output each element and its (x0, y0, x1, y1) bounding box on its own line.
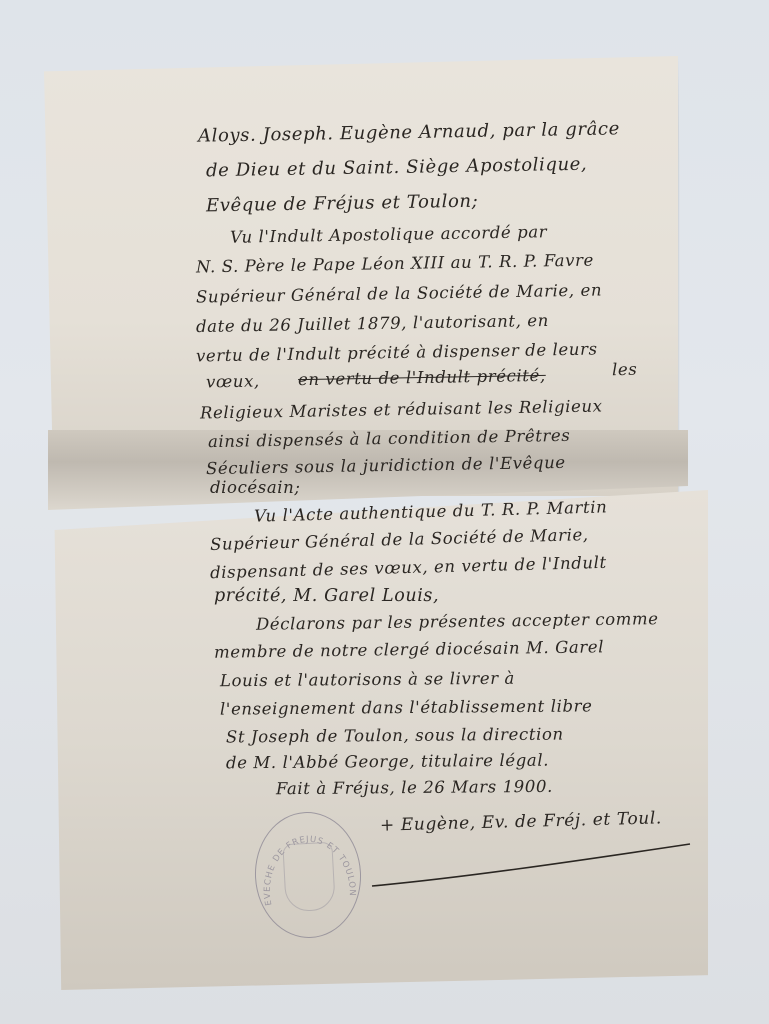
text-line: l'enseignement dans l'établissement libr… (220, 696, 593, 718)
text-line: de M. l'Abbé George, titulaire légal. (226, 751, 549, 773)
text-line: Louis et l'autorisons à se livrer à (220, 669, 515, 691)
text-line: précité, M. Garel Louis, (214, 586, 439, 606)
text-line: Fait à Fréjus, le 26 Mars 1900. (276, 777, 553, 798)
text-line: St Joseph de Toulon, sous la direction (226, 725, 564, 747)
signature-flourish (370, 840, 700, 890)
text-line: diocésain; (210, 478, 301, 497)
text-line: les (612, 360, 638, 379)
text-line: vœux, (206, 372, 260, 392)
coat-of-arms-icon (282, 842, 335, 913)
document-photo: Aloys. Joseph. Eugène Arnaud, par la grâ… (0, 0, 769, 1024)
episcopal-seal-stamp: EVECHE DE FREJUS ET TOULON (252, 809, 364, 940)
